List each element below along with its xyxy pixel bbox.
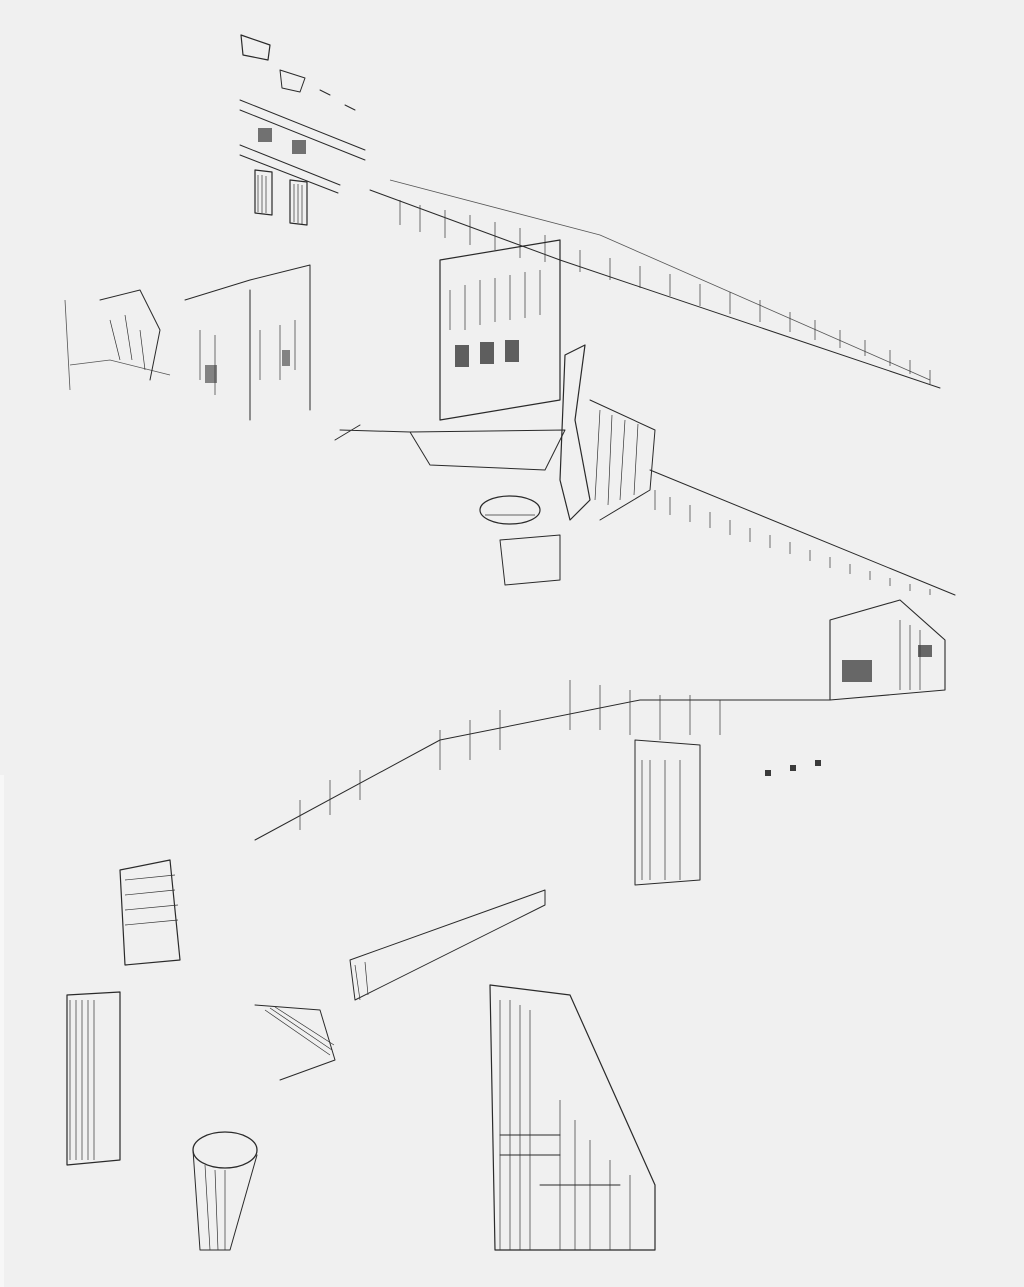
bottom-left-castle bbox=[67, 860, 335, 1250]
right-tower bbox=[830, 600, 945, 700]
bottom-right-palazzo bbox=[490, 985, 655, 1250]
street-view-left bbox=[65, 265, 310, 420]
architectural-drawing bbox=[0, 0, 1024, 1287]
central-palazzo bbox=[335, 240, 565, 524]
palazzo-top bbox=[240, 35, 365, 225]
spire-and-wall bbox=[500, 345, 955, 595]
diagonal-row-middle bbox=[255, 680, 830, 885]
lower-wall bbox=[350, 890, 545, 1000]
